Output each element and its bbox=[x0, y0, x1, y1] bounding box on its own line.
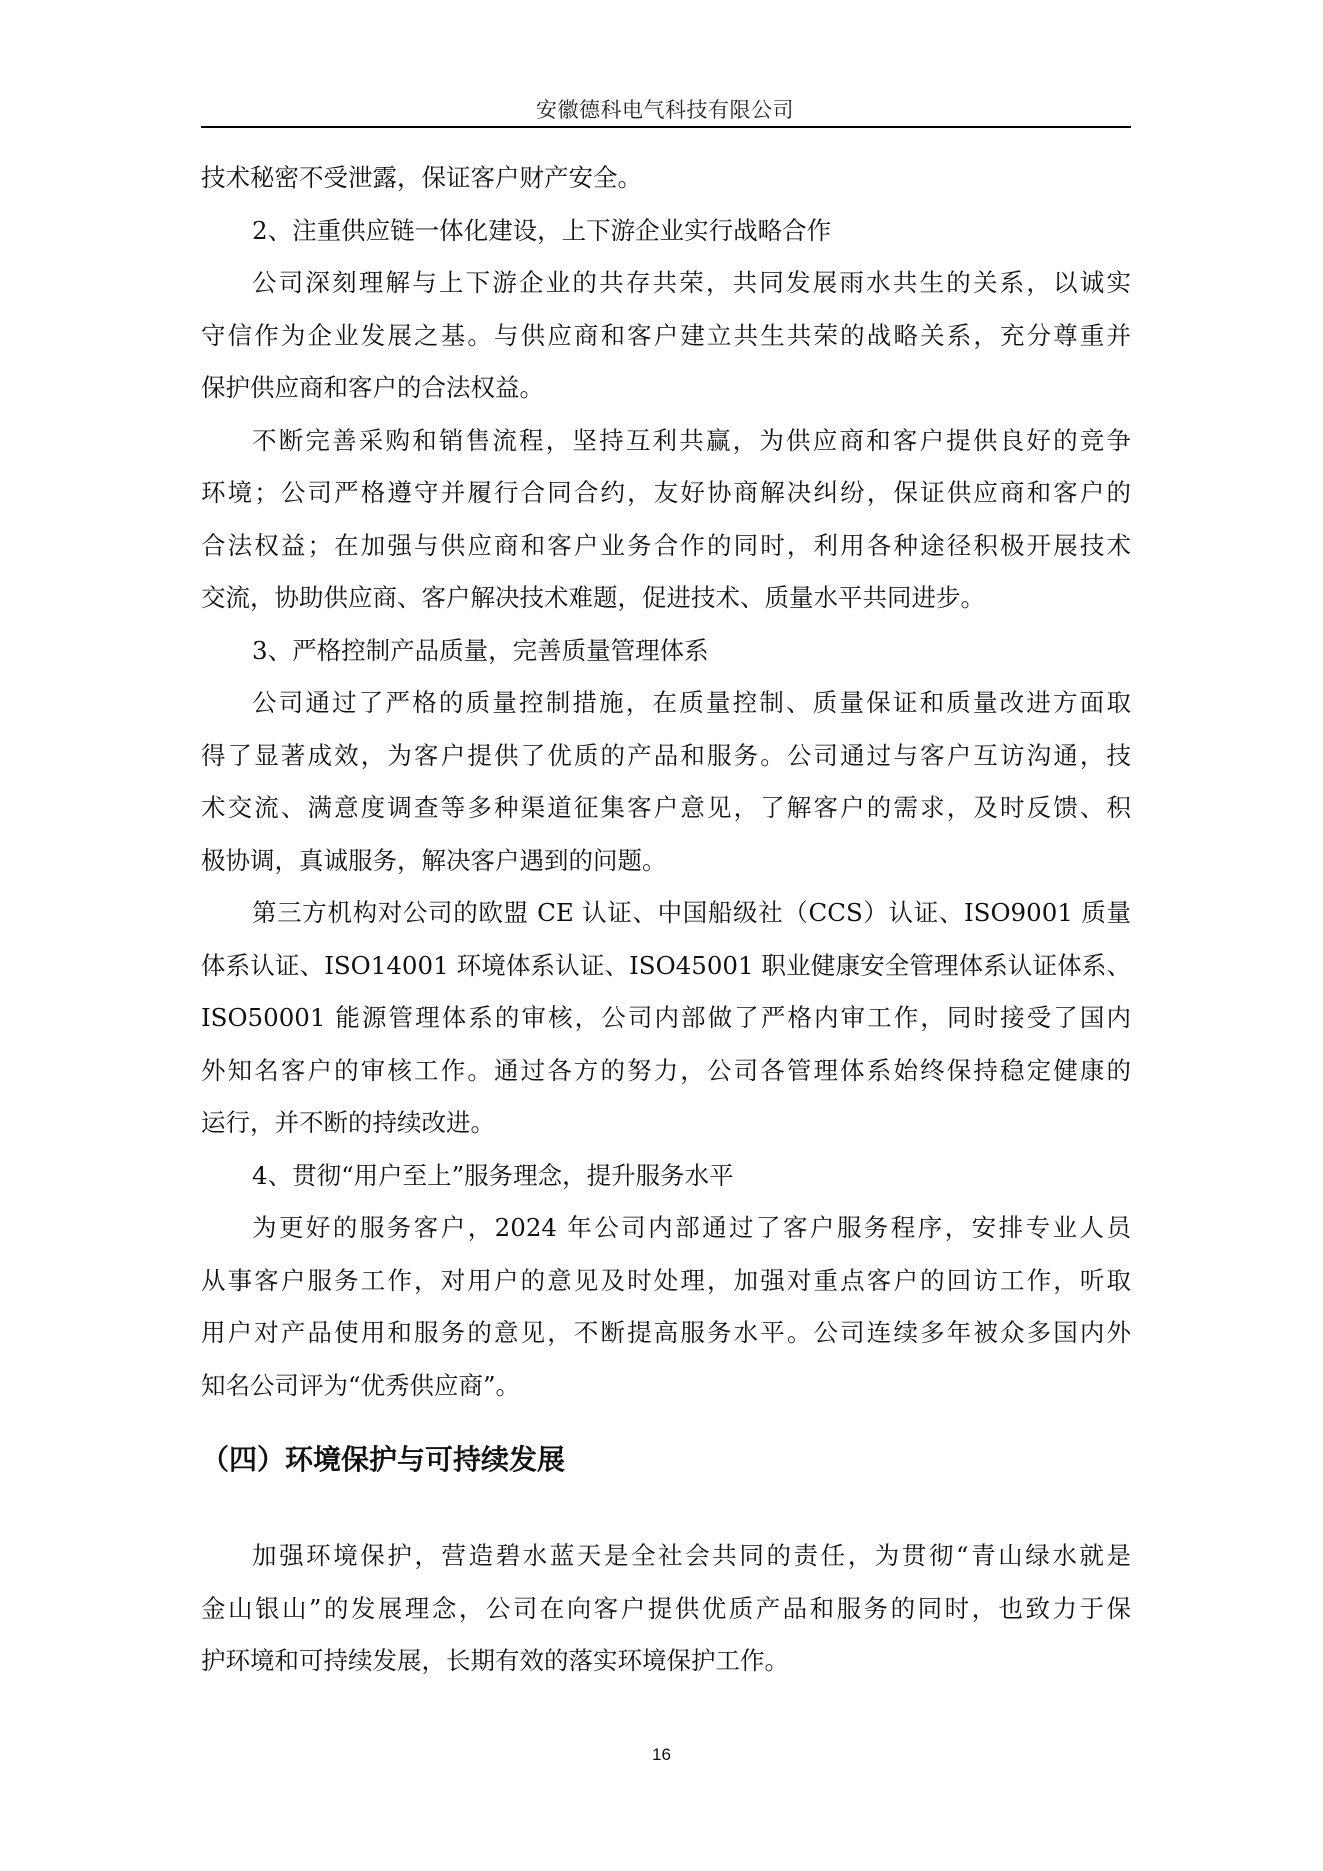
paragraph-line: 为更好的服务客户，2024 年公司内部通过了客户服务程序，安排专业人员 bbox=[201, 1202, 1131, 1255]
page-number: 16 bbox=[0, 1745, 1323, 1765]
paragraph-line: 不断完善采购和销售流程，坚持互利共赢，为供应商和客户提供良好的竞争 bbox=[201, 415, 1131, 468]
paragraph-line: 加强环境保护，营造碧水蓝天是全社会共同的责任，为贯彻“青山绿水就是 bbox=[201, 1530, 1131, 1583]
paragraph-line: 知名公司评为“优秀供应商”。 bbox=[201, 1360, 1131, 1413]
document-body: 技术秘密不受泄露，保证客户财产安全。 2、注重供应链一体化建设，上下游企业实行战… bbox=[201, 152, 1131, 1412]
paragraph-line: 极协调，真诚服务，解决客户遇到的问题。 bbox=[201, 835, 1131, 888]
paragraph-line: 得了显著成效，为客户提供了优质的产品和服务。公司通过与客户互访沟通，技 bbox=[201, 730, 1131, 783]
header-divider bbox=[201, 126, 1131, 128]
paragraph-item2-1: 公司深刻理解与上下游企业的共存共荣，共同发展雨水共生的关系，以诚实 守信作为企业… bbox=[201, 257, 1131, 415]
paragraph-line: 体系认证、ISO14001 环境体系认证、ISO45001 职业健康安全管理体系… bbox=[201, 940, 1131, 993]
paragraph-line: 运行，并不断的持续改进。 bbox=[201, 1097, 1131, 1150]
section-4-body: 加强环境保护，营造碧水蓝天是全社会共同的责任，为贯彻“青山绿水就是 金山银山”的… bbox=[201, 1530, 1131, 1688]
section-heading-environment: （四）环境保护与可持续发展 bbox=[201, 1438, 565, 1478]
document-page: 安徽德科电气科技有限公司 技术秘密不受泄露，保证客户财产安全。 2、注重供应链一… bbox=[0, 0, 1323, 1871]
paragraph-item3-2: 第三方机构对公司的欧盟 CE 认证、中国船级社（CCS）认证、ISO9001 质… bbox=[201, 887, 1131, 1150]
paragraph-line: 金山银山”的发展理念，公司在向客户提供优质产品和服务的同时，也致力于保 bbox=[201, 1583, 1131, 1636]
paragraph-line: 公司深刻理解与上下游企业的共存共荣，共同发展雨水共生的关系，以诚实 bbox=[201, 257, 1131, 310]
paragraph-line: 从事客户服务工作，对用户的意见及时处理，加强对重点客户的回访工作，听取 bbox=[201, 1255, 1131, 1308]
paragraph-line: 环境；公司严格遵守并履行合同合约，友好协商解决纠纷，保证供应商和客户的 bbox=[201, 467, 1131, 520]
paragraph-line: 守信作为企业发展之基。与供应商和客户建立共生共荣的战略关系，充分尊重并 bbox=[201, 310, 1131, 363]
paragraph-line: 保护供应商和客户的合法权益。 bbox=[201, 362, 1131, 415]
paragraph-item4-1: 为更好的服务客户，2024 年公司内部通过了客户服务程序，安排专业人员 从事客户… bbox=[201, 1202, 1131, 1412]
paragraph-line: 合法权益；在加强与供应商和客户业务合作的同时，利用各种途径积极开展技术 bbox=[201, 520, 1131, 573]
paragraph-item3-1: 公司通过了严格的质量控制措施，在质量控制、质量保证和质量改进方面取 得了显著成效… bbox=[201, 677, 1131, 887]
paragraph-line: 术交流、满意度调查等多种渠道征集客户意见，了解客户的需求，及时反馈、积 bbox=[201, 782, 1131, 835]
paragraph-line: 用户对产品使用和服务的意见，不断提高服务水平。公司连续多年被众多国内外 bbox=[201, 1307, 1131, 1360]
paragraph-line: 护环境和可持续发展，长期有效的落实环境保护工作。 bbox=[201, 1635, 1131, 1688]
paragraph-line: 外知名客户的审核工作。通过各方的努力，公司各管理体系始终保持稳定健康的 bbox=[201, 1045, 1131, 1098]
subheading-item-4: 4、贯彻“用户至上”服务理念，提升服务水平 bbox=[201, 1150, 1131, 1203]
paragraph-line: 技术秘密不受泄露，保证客户财产安全。 bbox=[201, 152, 1131, 205]
paragraph-line: 公司通过了严格的质量控制措施，在质量控制、质量保证和质量改进方面取 bbox=[201, 677, 1131, 730]
paragraph-line: ISO50001 能源管理体系的审核，公司内部做了严格内审工作，同时接受了国内 bbox=[201, 992, 1131, 1045]
page-header-company-name: 安徽德科电气科技有限公司 bbox=[200, 94, 1130, 124]
paragraph-line: 第三方机构对公司的欧盟 CE 认证、中国船级社（CCS）认证、ISO9001 质… bbox=[201, 887, 1131, 940]
subheading-item-3: 3、严格控制产品质量，完善质量管理体系 bbox=[201, 625, 1131, 678]
paragraph-item2-2: 不断完善采购和销售流程，坚持互利共赢，为供应商和客户提供良好的竞争 环境；公司严… bbox=[201, 415, 1131, 625]
subheading-item-2: 2、注重供应链一体化建设，上下游企业实行战略合作 bbox=[201, 205, 1131, 258]
paragraph-line: 交流，协助供应商、客户解决技术难题，促进技术、质量水平共同进步。 bbox=[201, 572, 1131, 625]
